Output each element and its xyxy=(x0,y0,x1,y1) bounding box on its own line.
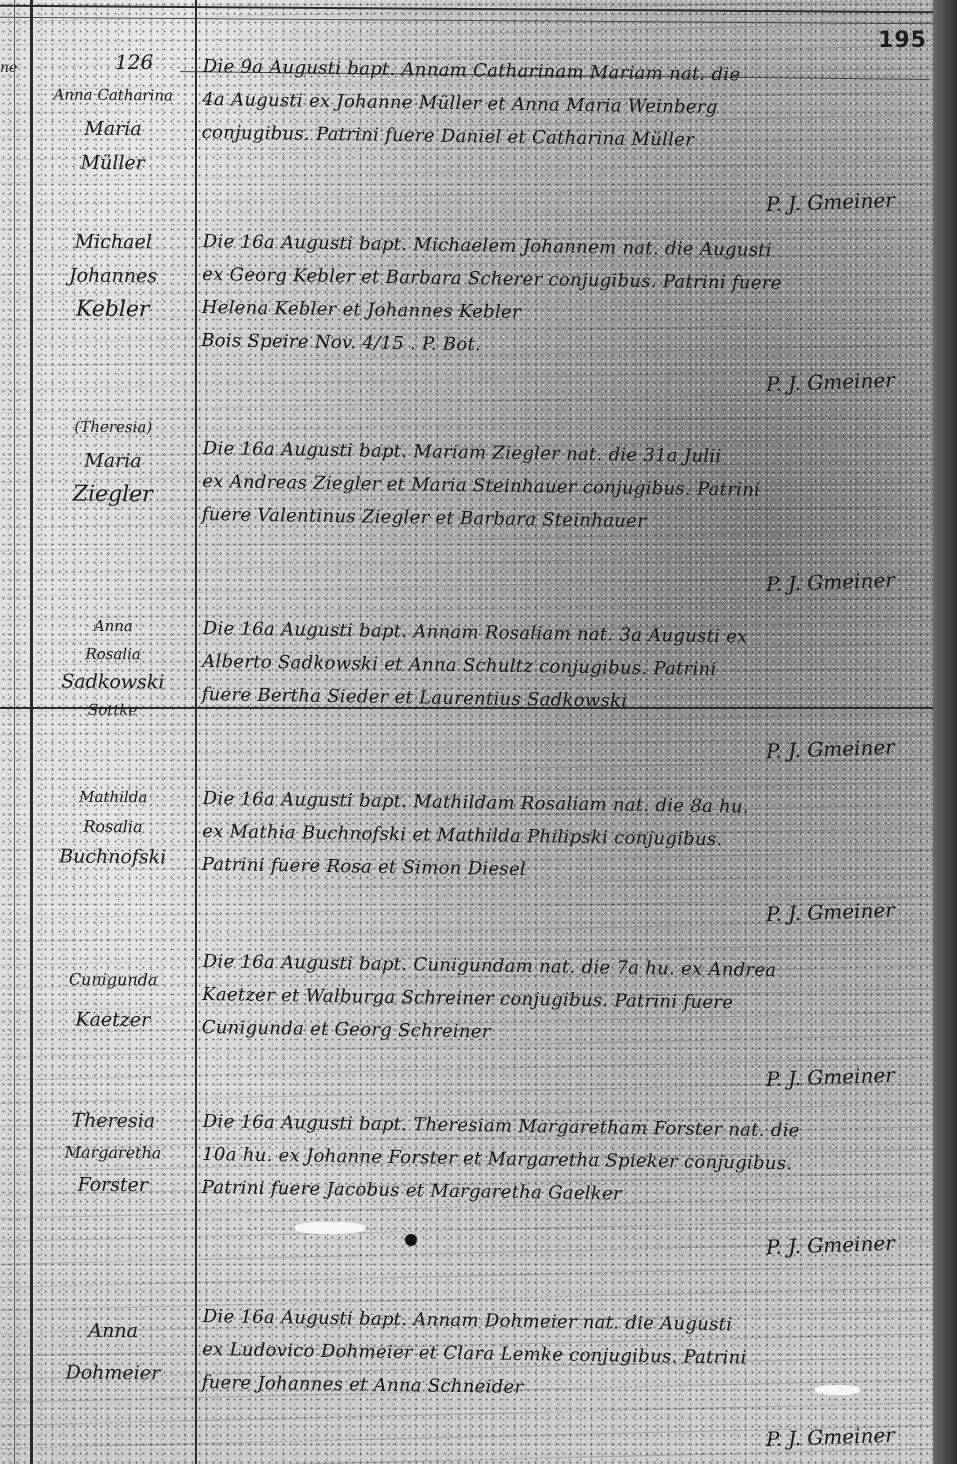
priest-signature: P. J. Gmeiner xyxy=(766,898,896,926)
entry-number: 126 xyxy=(115,50,153,74)
name-line: (Theresia) xyxy=(34,409,192,444)
name-line: Sottke xyxy=(34,695,192,724)
entry-text: Die 16a Augusti bapt. Annam Dohmeier nat… xyxy=(201,1300,922,1410)
name-line: Margaretha xyxy=(34,1136,192,1169)
entry-text: Die 16a Augusti bapt. Cunigundam nat. di… xyxy=(201,945,922,1055)
column-rule xyxy=(195,0,197,1464)
child-name: Mathilda Rosalia Buchnofski xyxy=(34,781,193,872)
name-line: Anna Catharina xyxy=(34,77,192,112)
scan-artifact xyxy=(295,1222,365,1234)
child-name: Anna Dohmeier xyxy=(34,1309,193,1394)
priest-signature: P. J. Gmeiner xyxy=(766,1231,896,1259)
name-line: Ziegler xyxy=(34,477,192,512)
entry-text: Die 16a Augusti bapt. Mariam Ziegler nat… xyxy=(201,432,922,542)
top-rule-thin xyxy=(0,17,935,25)
priest-signature: P. J. Gmeiner xyxy=(766,568,896,596)
margin-fragment: ne xyxy=(0,60,17,76)
name-line: Anna xyxy=(34,1309,192,1352)
page-number: 195 xyxy=(878,28,927,53)
entry-text: Die 16a Augusti bapt. Annam Rosaliam nat… xyxy=(201,612,922,722)
entry-text: Die 9a Augusti bapt. Annam Catharinam Ma… xyxy=(201,50,922,160)
name-line: Rosalia xyxy=(34,639,192,668)
child-name: Cunigunda Kaetzer xyxy=(34,959,193,1040)
child-name: Theresia Margaretha Forster xyxy=(34,1104,193,1201)
priest-signature: P. J. Gmeiner xyxy=(766,368,896,396)
name-line: Anna xyxy=(34,611,192,640)
child-name: Michael Johannes Kebler xyxy=(34,224,193,327)
ink-blot xyxy=(405,1234,417,1246)
name-line: Rosalia xyxy=(34,811,192,842)
name-line: Mathilda xyxy=(34,781,192,812)
name-line: Kebler xyxy=(34,292,192,327)
priest-signature: P. J. Gmeiner xyxy=(766,735,896,763)
binding-shadow xyxy=(933,0,957,1464)
child-name: Anna Rosalia Sadkowski Sottke xyxy=(34,611,193,724)
name-line: Forster xyxy=(34,1168,192,1201)
entry-text: Die 16a Augusti bapt. Mathildam Rosaliam… xyxy=(201,782,922,892)
top-rule xyxy=(0,5,935,14)
name-line: Sadkowski xyxy=(34,667,192,696)
name-line: Dohmeier xyxy=(34,1351,192,1394)
name-line: Buchnofski xyxy=(34,841,192,872)
name-line: Johannes xyxy=(34,258,192,293)
name-line: Michael xyxy=(34,224,192,259)
name-line: Kaetzer xyxy=(34,999,192,1040)
entry-text: Die 16a Augusti bapt. Michaelem Johannem… xyxy=(201,225,923,368)
priest-signature: P. J. Gmeiner xyxy=(766,1063,896,1091)
name-line: Theresia xyxy=(34,1104,192,1137)
child-name: Anna Catharina Maria Müller xyxy=(34,77,193,180)
scan-artifact xyxy=(815,1385,860,1395)
margin-rule xyxy=(30,0,33,1464)
child-name: (Theresia) Maria Ziegler xyxy=(34,409,193,512)
entry-text: Die 16a Augusti bapt. Theresiam Margaret… xyxy=(201,1105,922,1215)
name-line: Maria xyxy=(34,443,192,478)
name-line: Müller xyxy=(34,145,192,180)
name-line: Cunigunda xyxy=(34,959,192,1000)
name-line: Maria xyxy=(34,111,192,146)
margin-rule-thin xyxy=(14,0,15,1464)
priest-signature: P. J. Gmeiner xyxy=(766,1423,896,1451)
register-page: 195 ne 126 Anna Catharina Maria Müller D… xyxy=(0,0,957,1464)
priest-signature: P. J. Gmeiner xyxy=(766,188,896,216)
